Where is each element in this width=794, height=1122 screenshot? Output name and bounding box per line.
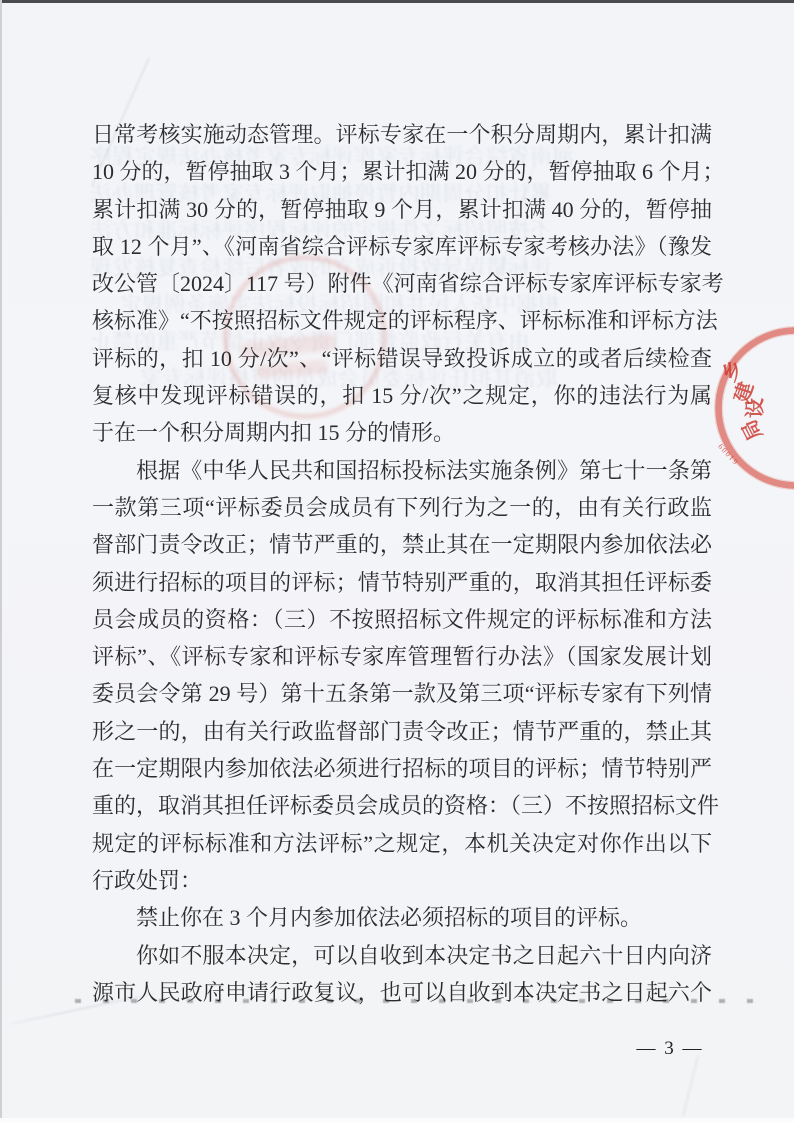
text-line: 源市人民政府申请行政复议，也可以自收到本决定书之日起六个 [92,974,712,1011]
text-line: 规定的评标标准和方法评标”之规定，本机关决定对你作出以下 [92,825,712,862]
text-line: 评标”、《评标专家和评标专家库管理暂行办法》（国家发展计划 [92,638,712,675]
text-line: 根据《中华人民共和国招标投标法实施条例》第七十一条第 [92,452,712,489]
text-line: 员会成员的资格：（三）不按照招标文件规定的评标标准和方法 [92,601,712,638]
text-line: 日常考核实施动态管理。评标专家在一个积分周期内，累计扣满 [92,116,712,153]
scan-edge-bottom [0,1118,794,1122]
text-line: 累计扣满 30 分的，暂停抽取 9 个月，累计扣满 40 分的，暂停抽 [92,191,712,228]
text-line: 你如不服本决定，可以自收到本决定书之日起六十日内向济 [92,937,712,974]
text-line: 重的，取消其担任评标委员会成员的资格：（三）不按照招标文件 [92,787,712,824]
text-line: 督部门责令改正；情节严重的，禁止其在一定期限内参加依法必 [92,526,712,563]
text-line: 改公管〔2024〕117 号）附件《河南省综合评标专家库评标专家考 [92,265,712,302]
text-line: 10 分的，暂停抽取 3 个月；累计扣满 20 分的，暂停抽取 6 个月； [92,153,712,190]
text-line: 委员会令第 29 号）第十五条第一款及第三项“评标专家有下列情 [92,675,712,712]
scanned-document-page: 河南省综合评标专家库评标专家考核办法规定程序累计扣分周期内暂停抽取评标专家考核管… [0,0,794,1122]
document-body: 日常考核实施动态管理。评标专家在一个积分周期内，累计扣满10 分的，暂停抽取 3… [92,116,712,1011]
text-line: 核标准》“不按照招标文件规定的评标程序、评标标准和评标方法 [92,302,712,339]
seal-character: 局 [738,416,768,444]
text-line: 取 12 个月”、《河南省综合评标专家库评标专家考核办法》（豫发 [92,228,712,265]
text-line: 评标的，扣 10 分/次”、“评标错误导致投诉成立的或者后续检查 [92,340,712,377]
text-line: 在一定期限内参加依法必须进行招标的项目的评标；情节特别严 [92,750,712,787]
text-line: 禁止你在 3 个月内参加依法必须招标的项目的评标。 [92,899,712,936]
scan-edge-top [0,0,794,3]
text-line: 须进行招标的项目的评标；情节特别严重的，取消其担任评标委 [92,564,712,601]
text-line: 复核中发现评标错误的，扣 15 分/次”之规定，你的违法行为属 [92,377,712,414]
paper-crease [683,1056,699,1116]
text-line: 于在一个积分周期内扣 15 分的情形。 [92,414,712,451]
text-line: 行政处罚： [92,862,712,899]
seal-character: 设 [744,398,767,418]
scan-edge-left [0,0,2,1122]
text-line: 一款第三项“评标委员会成员有下列行为之一的，由有关行政监 [92,489,712,526]
page-number: — 3 — [610,1038,730,1060]
text-line: 形之一的，由有关行政监督部门责令改正；情节严重的，禁止其 [92,713,712,750]
